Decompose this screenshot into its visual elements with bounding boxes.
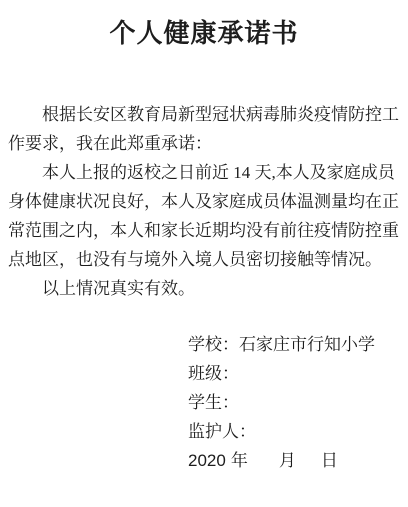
class-label: 班级： xyxy=(188,364,239,383)
guardian-line: 监护人： xyxy=(188,417,375,446)
body-line: 常范围之内，本人和家长近期均没有前往疫情防控重 xyxy=(8,216,404,245)
document-title: 个人健康承诺书 xyxy=(0,18,408,50)
school-label: 学校： xyxy=(188,335,239,354)
school-value: 石家庄市行知小学 xyxy=(239,335,375,354)
guardian-label: 监护人： xyxy=(188,422,256,441)
signature-block: 学校：石家庄市行知小学 班级： 学生： 监护人： 2020年月日 xyxy=(188,330,375,475)
date-day-label: 日 xyxy=(321,451,338,470)
body-line: 点地区，也没有与境外入境人员密切接触等情况。 xyxy=(8,245,404,274)
body-line: 根据长安区教育局新型冠状病毒肺炎疫情防控工 xyxy=(8,100,404,129)
document-body: 根据长安区教育局新型冠状病毒肺炎疫情防控工 作要求，我在此郑重承诺： 本人上报的… xyxy=(8,100,404,303)
class-line: 班级： xyxy=(188,359,375,388)
body-line: 作要求，我在此郑重承诺： xyxy=(8,129,404,158)
school-line: 学校：石家庄市行知小学 xyxy=(188,330,375,359)
date-year: 2020 xyxy=(188,451,226,470)
date-line: 2020年月日 xyxy=(188,446,375,475)
body-line: 本人上报的返校之日前近 14 天,本人及家庭成员 xyxy=(8,158,404,187)
document-page: 个人健康承诺书 根据长安区教育局新型冠状病毒肺炎疫情防控工 作要求，我在此郑重承… xyxy=(0,0,408,507)
body-line: 以上情况真实有效。 xyxy=(8,274,404,303)
body-line: 身体健康状况良好，本人及家庭成员体温测量均在正 xyxy=(8,187,404,216)
date-year-label: 年 xyxy=(231,451,248,470)
student-label: 学生： xyxy=(188,393,239,412)
student-line: 学生： xyxy=(188,388,375,417)
date-month-label: 月 xyxy=(279,451,296,470)
